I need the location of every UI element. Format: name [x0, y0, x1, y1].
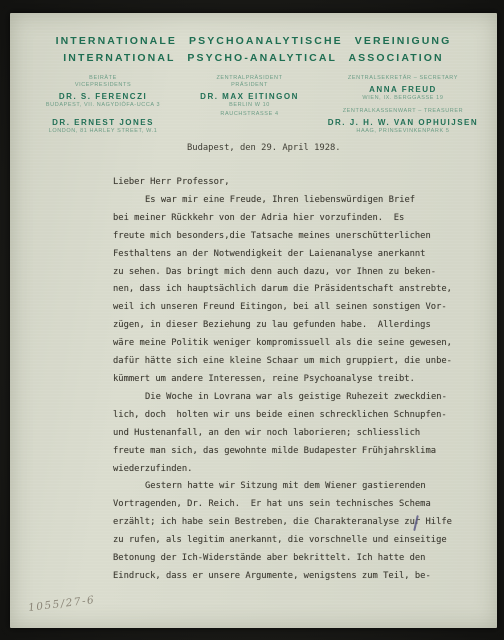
- salutation: Lieber Herr Professor,: [113, 174, 452, 192]
- letter-line: erzählt; ich habe sein Bestreben, die Ch…: [113, 514, 452, 532]
- letter-line: Eindruck, dass er unsere Argumente, weni…: [113, 568, 452, 586]
- officer-name: DR. MAX EITINGON: [182, 91, 317, 102]
- letter-line: Es war mir eine Freude, Ihren liebenswür…: [113, 192, 452, 210]
- role-label: VICEPRESIDENTS: [24, 82, 182, 89]
- role-label: BEIRÄTE: [24, 75, 182, 82]
- letter-body: Lieber Herr Professor, Es war mir eine F…: [113, 174, 452, 586]
- letter-line: Vortragenden, Dr. Reich. Er hat uns sein…: [113, 496, 452, 514]
- letter-line: dafür hätte sich eine kleine Schaar um m…: [113, 353, 452, 371]
- role-label: PRÄSIDENT: [182, 82, 317, 89]
- dateline: Budapest, den 29. April 1928.: [187, 143, 341, 153]
- officer-address: HAAG, PRINSEVINKENPARK 5: [317, 128, 489, 135]
- letter-line: weil ich unseren Freund Eitingon, bei al…: [113, 299, 452, 317]
- officer-address: BUDAPEST, VII. NAGYDIÓFA-UCCA 3: [24, 102, 182, 109]
- officer-address: BERLIN W 10: [182, 102, 317, 109]
- letter-line: freute mich besonders,die Tatsache meine…: [113, 228, 452, 246]
- officer-address: LONDON, 81 HARLEY STREET, W.1: [24, 128, 182, 135]
- role-label: ZENTRALPRÄSIDENT: [182, 75, 317, 82]
- letter-line: freute man sich, das gewohnte milde Buda…: [113, 443, 452, 461]
- officer-address: WIEN, IX. BERGGASSE 19: [317, 95, 489, 102]
- officers-row: BEIRÄTE VICEPRESIDENTS DR. S. FERENCZI B…: [24, 75, 489, 137]
- column-secretary-treasurer: ZENTRALSEKRETÄR – SECRETARY ANNA FREUD W…: [317, 75, 489, 137]
- letter-line: wiederzufinden.: [113, 461, 452, 479]
- spacer: [24, 111, 182, 115]
- scan-background: INTERNATIONALE PSYCHOANALYTISCHE VEREINI…: [0, 0, 504, 640]
- column-president: ZENTRALPRÄSIDENT PRÄSIDENT DR. MAX EITIN…: [182, 75, 317, 137]
- letter-paper: INTERNATIONALE PSYCHOANALYTISCHE VEREINI…: [10, 13, 497, 628]
- letter-line: nen, dass ich hauptsächlich darum die Pr…: [113, 281, 452, 299]
- officer-name: DR. J. H. W. VAN OPHUIJSEN: [317, 117, 489, 128]
- letter-line: Gestern hatte wir Sitzung mit dem Wiener…: [113, 478, 452, 496]
- letter-line: zu sehen. Das bringt mich denn auch dazu…: [113, 264, 452, 282]
- letter-line: zügen, in dieser Beziehung zu lau gefund…: [113, 317, 452, 335]
- letter-line: Betonung der Ich-Widerstände aber bekrit…: [113, 550, 452, 568]
- letter-line: bei meiner Rückkehr von der Adria hier v…: [113, 210, 452, 228]
- archive-number-note: 1055/27-6: [28, 594, 96, 614]
- officer-name: ANNA FREUD: [317, 84, 489, 95]
- role-label: ZENTRALKASSENWART – TREASURER: [317, 108, 489, 115]
- letter-line: lich, doch holten wir uns beide einen sc…: [113, 407, 452, 425]
- letter-line: kümmert um andere Interessen, reine Psyc…: [113, 371, 452, 389]
- officer-name: DR. ERNEST JONES: [24, 117, 182, 128]
- column-vicepresidents: BEIRÄTE VICEPRESIDENTS DR. S. FERENCZI B…: [24, 75, 182, 137]
- org-name-english: INTERNATIONAL PSYCHO-ANALYTICAL ASSOCIAT…: [10, 52, 497, 64]
- role-label: ZENTRALSEKRETÄR – SECRETARY: [317, 75, 489, 82]
- letter-line: Festhaltens an der Notwendigkeit der Lai…: [113, 246, 452, 264]
- letter-line: wäre meine Politik weniger kompromissuel…: [113, 335, 452, 353]
- letter-line: Die Woche in Lovrana war als geistige Ru…: [113, 389, 452, 407]
- letter-line: zu rufen, als legitim anerkannt, die vor…: [113, 532, 452, 550]
- org-name-german: INTERNATIONALE PSYCHOANALYTISCHE VEREINI…: [10, 35, 497, 47]
- officer-name: DR. S. FERENCZI: [24, 91, 182, 102]
- officer-address: RAUCHSTRASSE 4: [182, 111, 317, 118]
- letter-line: und Hustenanfall, an den wir noch labori…: [113, 425, 452, 443]
